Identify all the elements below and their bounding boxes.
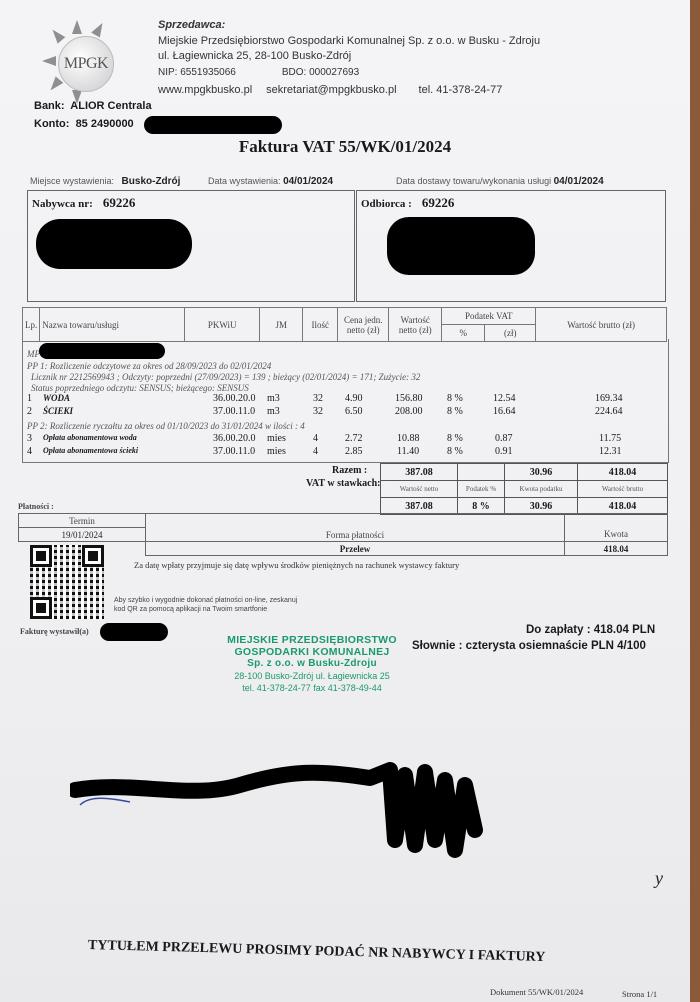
account-number: 85 2490000 [76, 118, 134, 130]
company-stamp: MIEJSKIE PRZEDSIĘBIORSTWO GOSPODARKI KOM… [212, 634, 412, 694]
recipient-label: Odbiorca : [361, 198, 412, 210]
table-row: 4 Opłata abonamentowa ścieki 37.00.11.0 … [23, 446, 668, 460]
totals-label: Razem : [332, 465, 367, 476]
recipient-number: 69226 [422, 195, 455, 210]
meter-line: Licznik nr 2212569943 ; Odczyty: poprzed… [31, 372, 420, 382]
buyer-number: 69226 [103, 195, 136, 210]
payments-table: Termin Forma płatności 19/01/2024 Kwota … [18, 513, 668, 556]
col-jm: JM [260, 308, 303, 342]
seller-address: ul. Łagiewnicka 25, 28-100 Busko-Zdrój [158, 49, 540, 65]
seller-block: Sprzedawca: Miejskie Przedsiębiorstwo Go… [158, 18, 540, 99]
redaction-mp [39, 343, 165, 359]
redaction-buyer [36, 219, 192, 269]
col-pkwiu: PKWiU [185, 308, 260, 342]
transfer-note: TYTUŁEM PRZELEWU PROSIMY PODAĆ NR NABYWC… [88, 938, 546, 966]
issue-place: Miejsce wystawienia: Busko-Zdrój [30, 176, 180, 187]
account-label: Konto: [34, 118, 69, 130]
col-qty: Ilość [303, 308, 338, 342]
issued-by-label: Fakturę wystawił(a) [20, 627, 89, 636]
issue-date: Data wystawienia: 04/01/2024 [208, 176, 333, 187]
buyer-label: Nabywca nr: [32, 198, 93, 210]
amount-due: Do zapłaty : 418.04 PLN [526, 624, 655, 636]
col-vat: Podatek VAT [442, 308, 536, 325]
seller-bdo: BDO: 000027693 [282, 67, 359, 78]
seller-header: Sprzedawca: [158, 18, 540, 34]
items-table-header: Lp. Nazwa towaru/usługi PKWiU JM Ilość C… [22, 307, 667, 342]
delivery-date: Data dostawy towaru/wykonania usługi 04/… [396, 176, 604, 187]
qr-note: Aby szybko i wygodnie dokonać płatności … [114, 596, 297, 614]
seller-website[interactable]: www.mpgkbusko.pl [158, 84, 252, 96]
totals-table: 387.08 30.96 418.04 Wartość netto Podate… [380, 463, 668, 515]
seller-nip: NIP: 6551935066 [158, 67, 236, 78]
redacted-signature [70, 760, 490, 860]
col-lp: Lp. [23, 308, 40, 342]
pp2-line: PP 2: Rozliczenie ryczałtu za okres od 0… [27, 421, 305, 431]
document-number: Dokument 55/WK/01/2024 [490, 987, 583, 997]
mpgk-logo: MPGK [38, 18, 124, 104]
bank-block: Bank: ALIOR Centrala Konto: 85 2490000 [34, 97, 152, 133]
payment-date-note: Za datę wpłaty przyjmuje się datę wpływu… [134, 560, 459, 570]
col-unit-price: Cena jedn. netto (zł) [338, 308, 389, 342]
vat-rates-label: VAT w stawkach: [306, 478, 380, 489]
pp1-line: PP 1: Rozliczenie odczytowe za okres od … [27, 361, 271, 371]
col-net: Wartość netto (zł) [389, 308, 442, 342]
status-line: Status poprzedniego odczytu: SENSUS; bie… [31, 383, 249, 393]
table-row: 1 WODA 36.00.20.0 m3 32 4.90 156.80 8 % … [23, 393, 668, 407]
seller-name: Miejskie Przedsiębiorstwo Gospodarki Kom… [158, 34, 540, 50]
invoice-title: Faktura VAT 55/WK/01/2024 [0, 137, 690, 157]
items-body: MP PP 1: Rozliczenie odczytowe za okres … [22, 339, 669, 463]
table-row: 2 ŚCIEKI 37.00.11.0 m3 32 6.50 208.00 8 … [23, 406, 668, 420]
payment-qr-code[interactable] [30, 545, 104, 619]
amount-in-words: Słownie : czterysta osiemnaście PLN 4/10… [412, 640, 646, 652]
col-gross: Wartość brutto (zł) [536, 308, 667, 342]
redaction-recipient [387, 217, 535, 275]
logo-text: MPGK [58, 36, 114, 92]
handwritten-mark: y [655, 868, 663, 889]
page-number: Strona 1/1 [622, 989, 657, 999]
bank-label: Bank: [34, 100, 65, 112]
seller-phone: tel. 41-378-24-77 [419, 84, 503, 96]
recipient-box: Odbiorca :69226 [356, 190, 666, 302]
table-row: 3 Opłata abonamentowa woda 36.00.20.0 mi… [23, 433, 668, 447]
invoice-page: MPGK Sprzedawca: Miejskie Przedsiębiorst… [0, 0, 690, 1002]
redaction-issuer [100, 623, 168, 641]
bank-name: ALIOR Centrala [70, 100, 151, 112]
col-name: Nazwa towaru/usługi [40, 308, 185, 342]
seller-email[interactable]: sekretariat@mpgkbusko.pl [266, 84, 396, 96]
buyer-box: Nabywca nr:69226 [27, 190, 355, 302]
redaction-account [144, 116, 282, 134]
payments-label: Płatności : [18, 502, 54, 511]
